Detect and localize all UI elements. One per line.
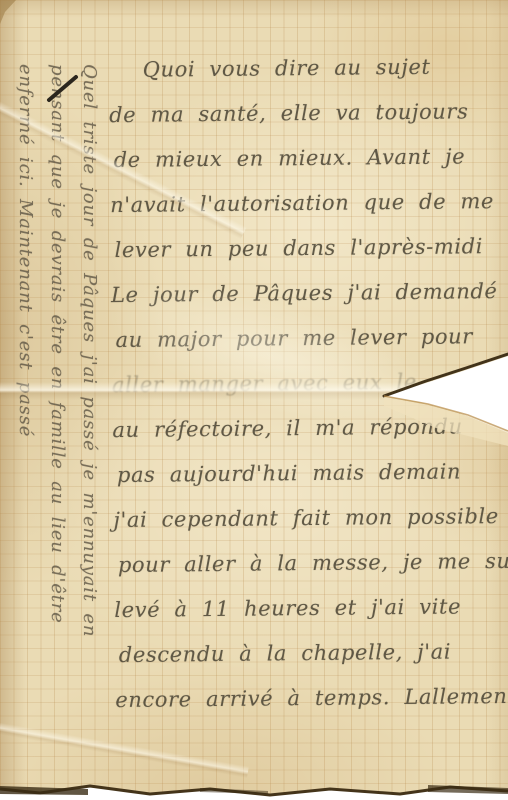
letter-line: pas aujourd'hui mais demain <box>113 449 508 498</box>
letter-line: pour aller à la messe, je me suis <box>114 539 508 588</box>
corner-wear-top-left <box>0 0 16 24</box>
margin-note-line: Quel triste jour de Pâques j'ai passé je… <box>73 64 105 792</box>
margin-note-block: Quel triste jour de Pâques j'ai passé je… <box>9 64 105 792</box>
letter-line: descendu à la chapelle, j'ai <box>115 629 508 678</box>
letter-line: Quoi vous dire au sujet <box>108 44 504 93</box>
letter-line: au réfectoire, il m'a répondu <box>112 404 508 453</box>
letter-line: encore arrivé à temps. Lallement <box>115 674 508 723</box>
margin-note-line: enfermé ici. Maintenant c'est passé <box>9 64 41 792</box>
letter-line-faded: aller manger avec eux le <box>112 359 508 408</box>
margin-note-line: pensant que je devrais être en famille a… <box>41 64 73 792</box>
letter-line: de mieux en mieux. Avant je <box>109 134 505 183</box>
letter-scan: Quel triste jour de Pâques j'ai passé je… <box>0 0 508 800</box>
letter-text-block: Quoi vous dire au sujet de ma santé, ell… <box>108 44 508 723</box>
letter-line: n'avait l'autorisation que de me <box>110 179 506 228</box>
letter-line: lever un peu dans l'après-midi <box>110 224 506 273</box>
letter-line: au major pour me lever pour <box>111 314 507 363</box>
letter-line: Le jour de Pâques j'ai demandé <box>111 269 507 318</box>
letter-line: de ma santé, elle va toujours <box>109 89 505 138</box>
letter-line: levé à 11 heures et j'ai vite <box>114 584 508 633</box>
letter-line: j'ai cependant fait mon possible <box>113 494 508 543</box>
